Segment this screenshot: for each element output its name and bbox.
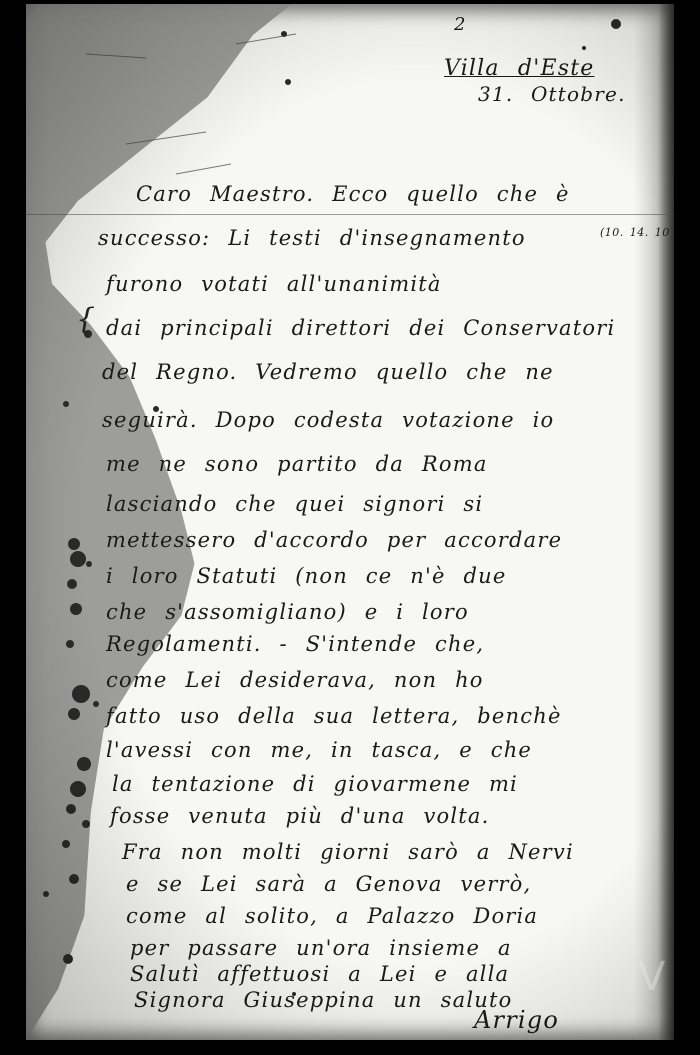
letter-line: e se Lei sarà a Genova verrò, <box>126 872 531 896</box>
archive-watermark: V <box>638 954 671 1000</box>
scanned-letter-page: 2 Villa d'Este 31. Ottobre. (10. 14. 10 … <box>26 4 674 1040</box>
letter-line: Caro Maestro. Ecco quello che è <box>136 182 570 206</box>
page-number-mark: 2 <box>454 14 467 35</box>
letter-line: lasciando che quei signori si <box>106 492 483 516</box>
letter-line: come Lei desiderava, non ho <box>106 668 484 692</box>
letter-place: Villa d'Este <box>444 56 594 81</box>
letter-line: Salutì affettuosi a Lei e alla <box>130 962 509 986</box>
letter-line: seguirà. Dopo codesta votazione io <box>102 408 554 432</box>
letter-line: Regolamenti. - S'intende che, <box>106 632 484 656</box>
letter-line: come al solito, a Palazzo Doria <box>126 904 538 928</box>
letter-line: successo: Li testi d'insegnamento <box>98 226 526 250</box>
letter-line: i loro Statuti (non ce n'è due <box>106 564 506 588</box>
letter-line: me ne sono partito da Roma <box>106 452 488 476</box>
letter-line: Fra non molti giorni sarò a Nervi <box>122 840 574 864</box>
letter-line: che s'assomigliano) e i loro <box>106 600 469 624</box>
letter-line: per passare un'ora insieme a <box>130 936 512 960</box>
margin-bracket: { <box>76 302 96 337</box>
letter-line: fatto uso della sua lettera, benchè <box>106 704 562 728</box>
signature: Arrigo <box>474 1006 559 1034</box>
page-edge-shadow <box>634 4 674 1040</box>
letter-line: dai principali direttori dei Conservator… <box>106 316 615 340</box>
letter-line: Signora Giuseppina un saluto <box>134 988 512 1012</box>
letter-line: l'avessi con me, in tasca, e che <box>106 738 532 762</box>
letter-date: 31. Ottobre. <box>478 82 626 106</box>
letter-line: furono votati all'unanimità <box>106 272 442 296</box>
margin-annotation: (10. 14. 10 scuole) <box>600 226 674 239</box>
letter-line: del Regno. Vedremo quello che ne <box>102 360 554 384</box>
letter-line: fosse venuta più d'una volta. <box>110 804 490 828</box>
letter-line: mettessero d'accordo per accordare <box>106 528 562 552</box>
letter-line: la tentazione di giovarmene mi <box>112 772 518 796</box>
ruled-line <box>26 214 674 215</box>
